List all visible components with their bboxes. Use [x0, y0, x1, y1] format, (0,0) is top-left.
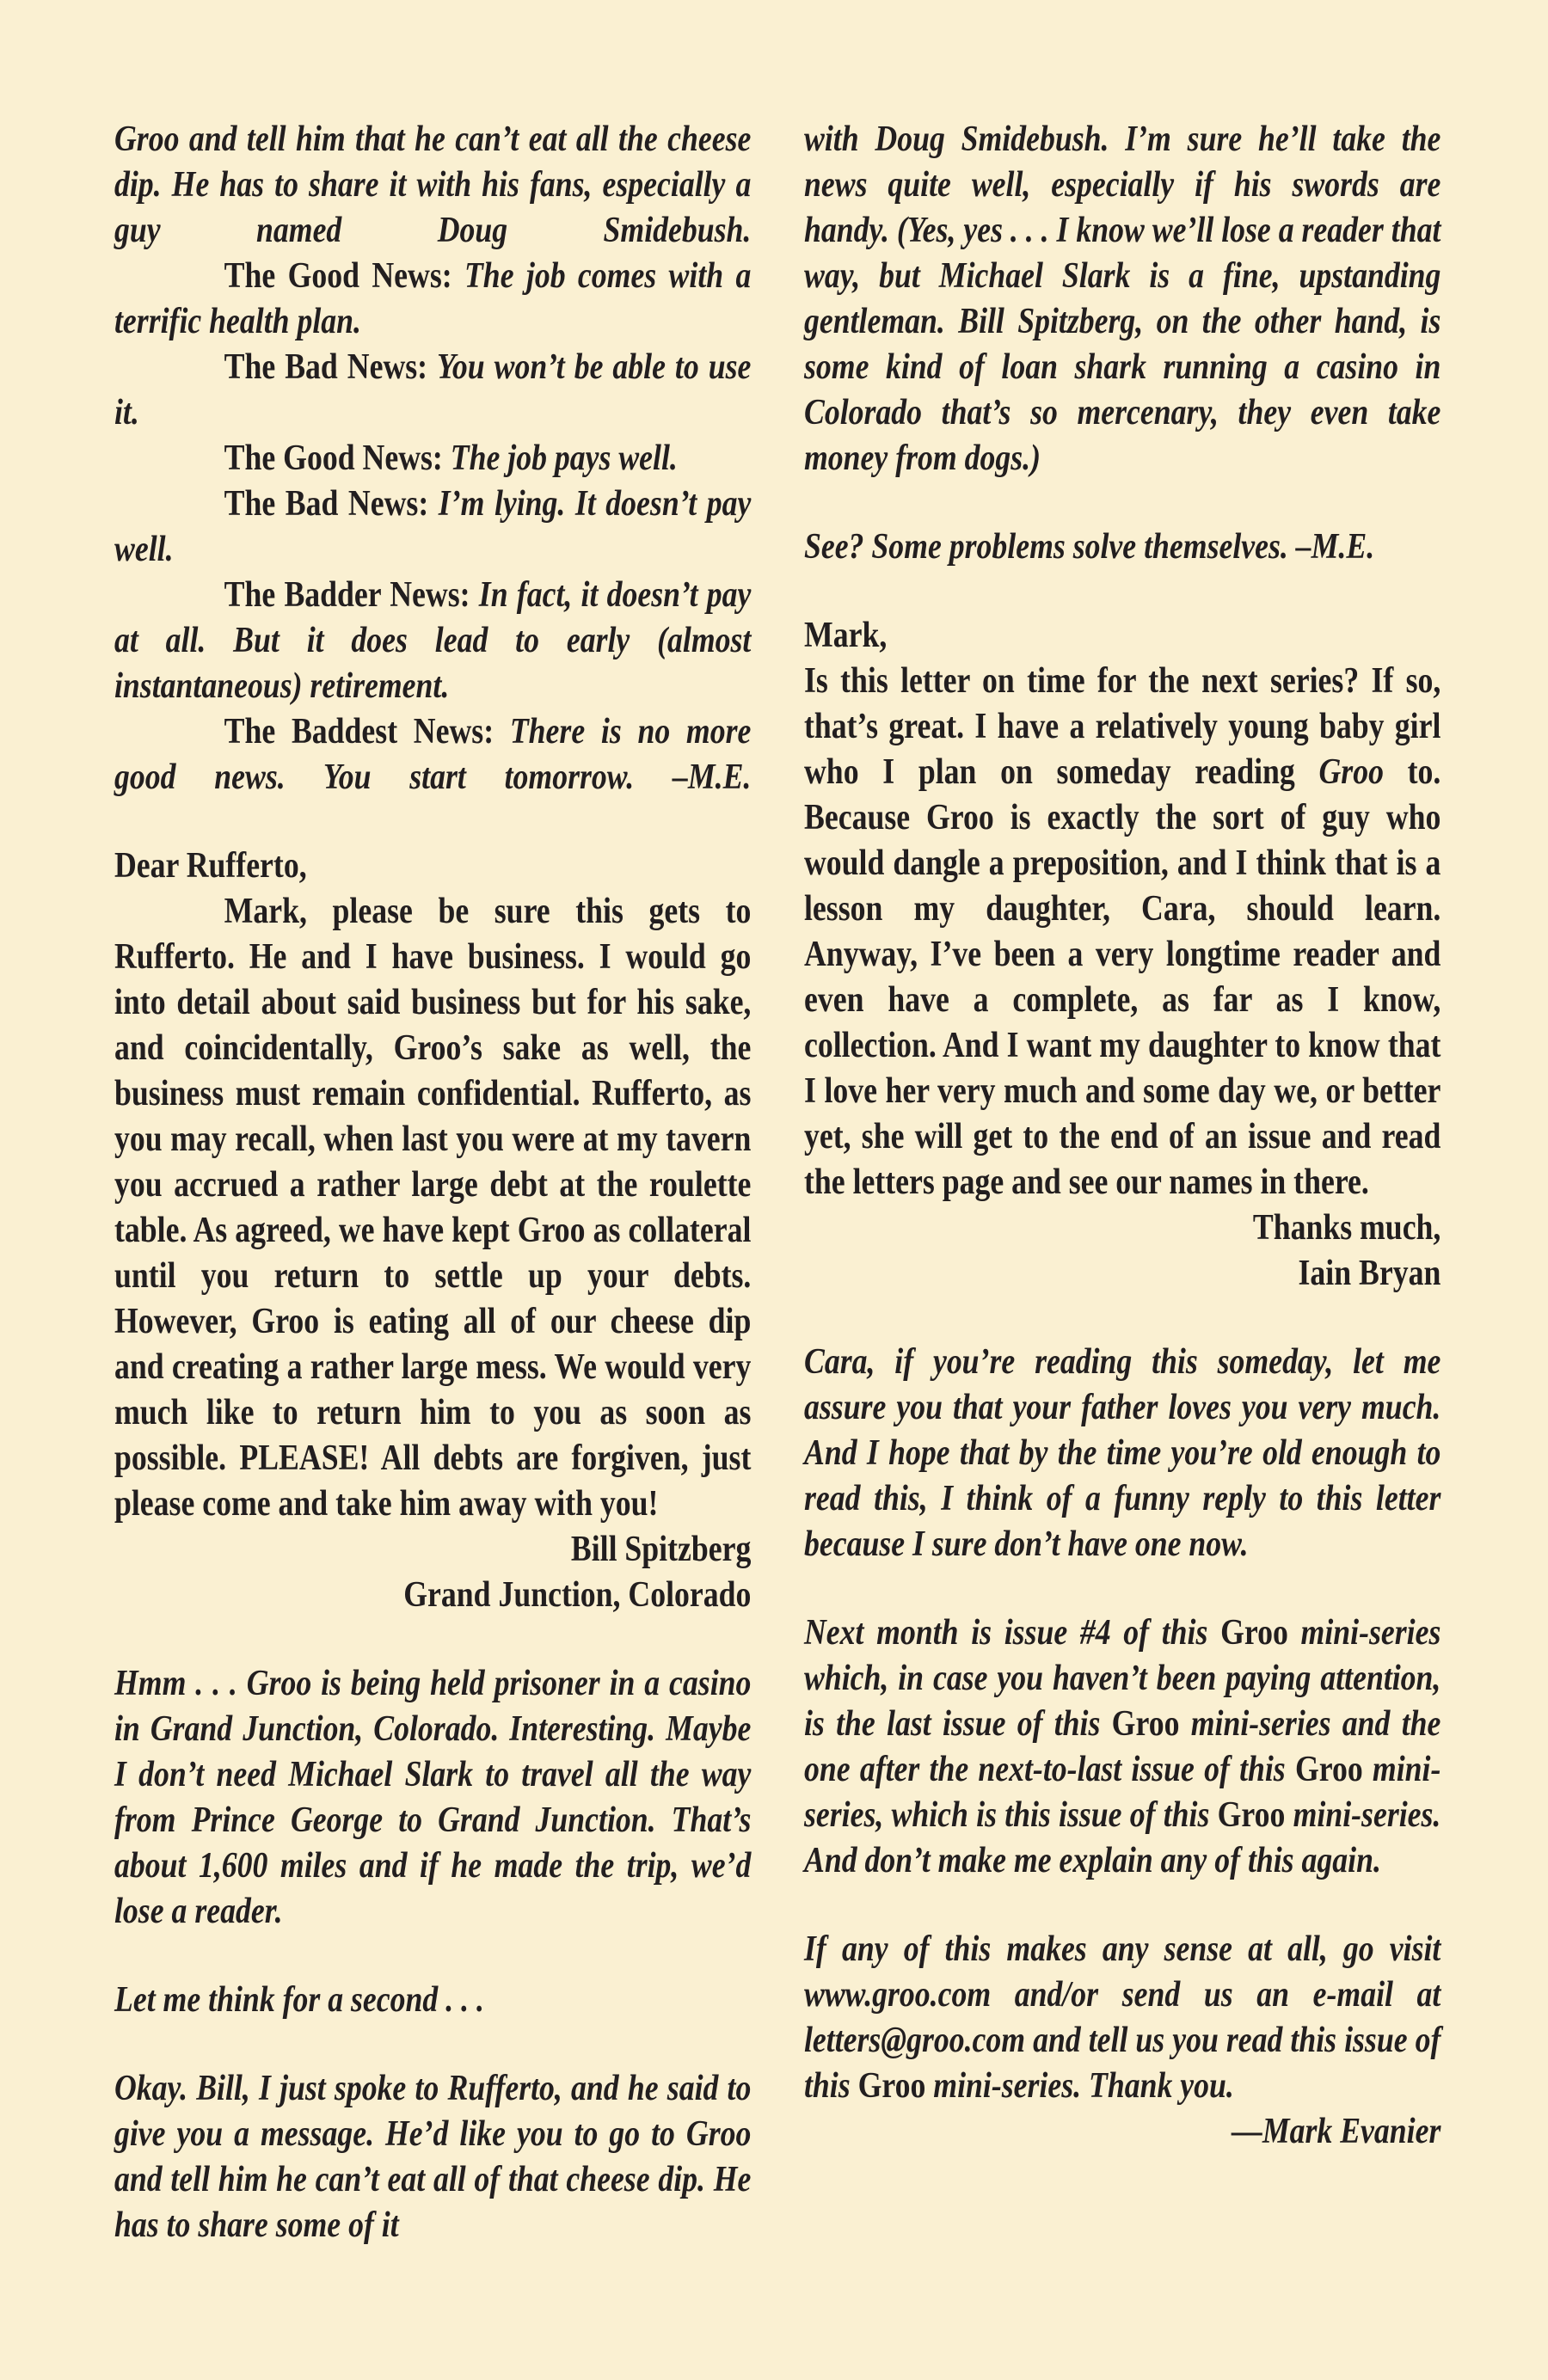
bad-news-item-1: The Bad News: You won’t be able to use i…: [114, 345, 751, 436]
editor-reply-if-any: If any of this makes any sense at all, g…: [804, 1927, 1440, 2109]
comic-letters-page: Groo and tell him that he can’t eat all …: [0, 0, 1548, 2380]
letter-salutation-mark: Mark,: [804, 613, 1440, 659]
baddest-news-item: The Baddest News: There is no more good …: [114, 709, 751, 800]
text-segment: Groo: [858, 2066, 926, 2106]
text-segment: The job pays well.: [451, 439, 678, 478]
text-segment: Groo and tell him that he can’t eat all …: [114, 120, 751, 250]
text-segment: Thanks much,: [1253, 1208, 1441, 1248]
editor-reply-continued: Groo and tell him that he can’t eat all …: [114, 117, 751, 254]
text-segment: Groo: [1318, 752, 1383, 792]
good-news-item-2: The Good News: The job pays well.: [114, 436, 751, 482]
letter-signature-name: Bill Spitzberg: [114, 1527, 751, 1573]
bad-news-item-2: The Bad News: I’m lying. It doesn’t pay …: [114, 482, 751, 573]
text-segment: mini-series. Thank you.: [925, 2066, 1233, 2106]
text-segment: The Good News:: [224, 256, 464, 296]
text-segment: Grand Junction, Colorado: [403, 1575, 751, 1615]
text-segment: Groo: [1295, 1750, 1363, 1789]
editor-reply-next-month: Next month is issue #4 of this Groo mini…: [804, 1610, 1440, 1884]
text-segment: Next month is issue #4 of this: [804, 1613, 1220, 1653]
letter-signature-iain: Iain Bryan: [804, 1251, 1440, 1297]
editor-reply-okay: Okay. Bill, I just spoke to Rufferto, an…: [114, 2066, 751, 2248]
editor-reply-see: See? Some problems solve themselves. –M.…: [804, 524, 1440, 570]
editor-reply-think: Let me think for a second . . .: [114, 1978, 751, 2023]
text-segment: Let me think for a second . . .: [114, 1980, 484, 2020]
text-segment: The Badder News:: [224, 575, 479, 615]
letter-body-iain: Is this letter on time for the next seri…: [804, 659, 1440, 1205]
text-segment: See? Some problems solve themselves. –M.…: [804, 527, 1374, 567]
right-column: with Doug Smidebush. I’m sure he’ll take…: [804, 117, 1440, 2155]
text-segment: The Baddest News:: [224, 712, 510, 751]
text-segment: with Doug Smidebush. I’m sure he’ll take…: [804, 120, 1440, 478]
editor-signature-mark-evanier: —Mark Evanier: [804, 2109, 1440, 2155]
editor-reply-hmm: Hmm . . . Groo is being held prisoner in…: [114, 1661, 751, 1935]
text-segment: Mark,: [804, 616, 887, 655]
text-segment: —Mark Evanier: [1232, 2112, 1440, 2151]
text-segment: The Bad News:: [224, 347, 437, 387]
letter-body-rufferto: Mark, please be sure this gets to Ruffer…: [114, 889, 751, 1527]
text-segment: Mark, please be sure this gets to Ruffer…: [114, 892, 751, 1524]
text-segment: Iain Bryan: [1299, 1254, 1441, 1293]
text-segment: Dear Rufferto,: [114, 846, 307, 886]
text-segment: Cara, if you’re reading this someday, le…: [804, 1342, 1440, 1564]
badder-news-item: The Badder News: In fact, it doesn’t pay…: [114, 573, 751, 709]
text-segment: Groo: [1218, 1795, 1286, 1835]
text-segment: Bill Spitzberg: [571, 1530, 752, 1569]
text-segment: to. Because Groo is exactly the sort of …: [804, 752, 1440, 1202]
good-news-item-1: The Good News: The job comes with a terr…: [114, 254, 751, 345]
text-segment: The Good News:: [224, 439, 451, 478]
text-segment: Okay. Bill, I just spoke to Rufferto, an…: [114, 2069, 751, 2245]
letter-signature-location: Grand Junction, Colorado: [114, 1573, 751, 1618]
text-segment: Groo: [1220, 1613, 1288, 1653]
left-column: Groo and tell him that he can’t eat all …: [114, 117, 751, 2248]
letter-closing-thanks: Thanks much,: [804, 1205, 1440, 1251]
text-segment: Groo: [1112, 1704, 1180, 1744]
text-segment: The Bad News:: [224, 484, 439, 524]
text-segment: Hmm . . . Groo is being held prisoner in…: [114, 1664, 751, 1931]
editor-reply-cara: Cara, if you’re reading this someday, le…: [804, 1340, 1440, 1567]
editor-reply-continued-2: with Doug Smidebush. I’m sure he’ll take…: [804, 117, 1440, 482]
letter-salutation-rufferto: Dear Rufferto,: [114, 843, 751, 889]
